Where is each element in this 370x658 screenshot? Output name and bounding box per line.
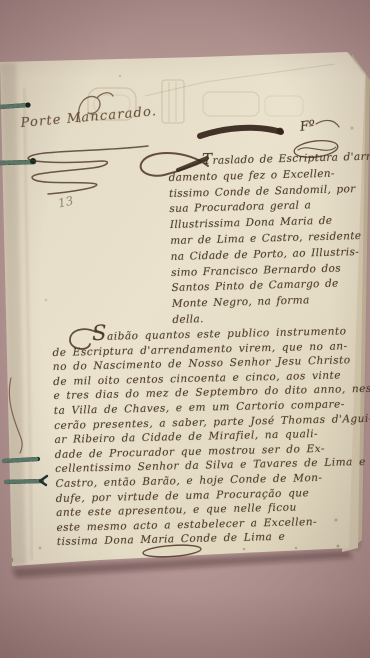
thread-stitch-3 <box>4 459 38 461</box>
heading-paragraph: Traslado de Escriptura d'arren- damento … <box>168 148 369 329</box>
body-paragraph: Saibão quantos este publico instrumento … <box>52 322 349 549</box>
folio-mark: Fº <box>299 118 316 135</box>
manuscript-photo: Porte Mancarado. 13 Fº Traslado de Escri… <box>0 0 370 658</box>
